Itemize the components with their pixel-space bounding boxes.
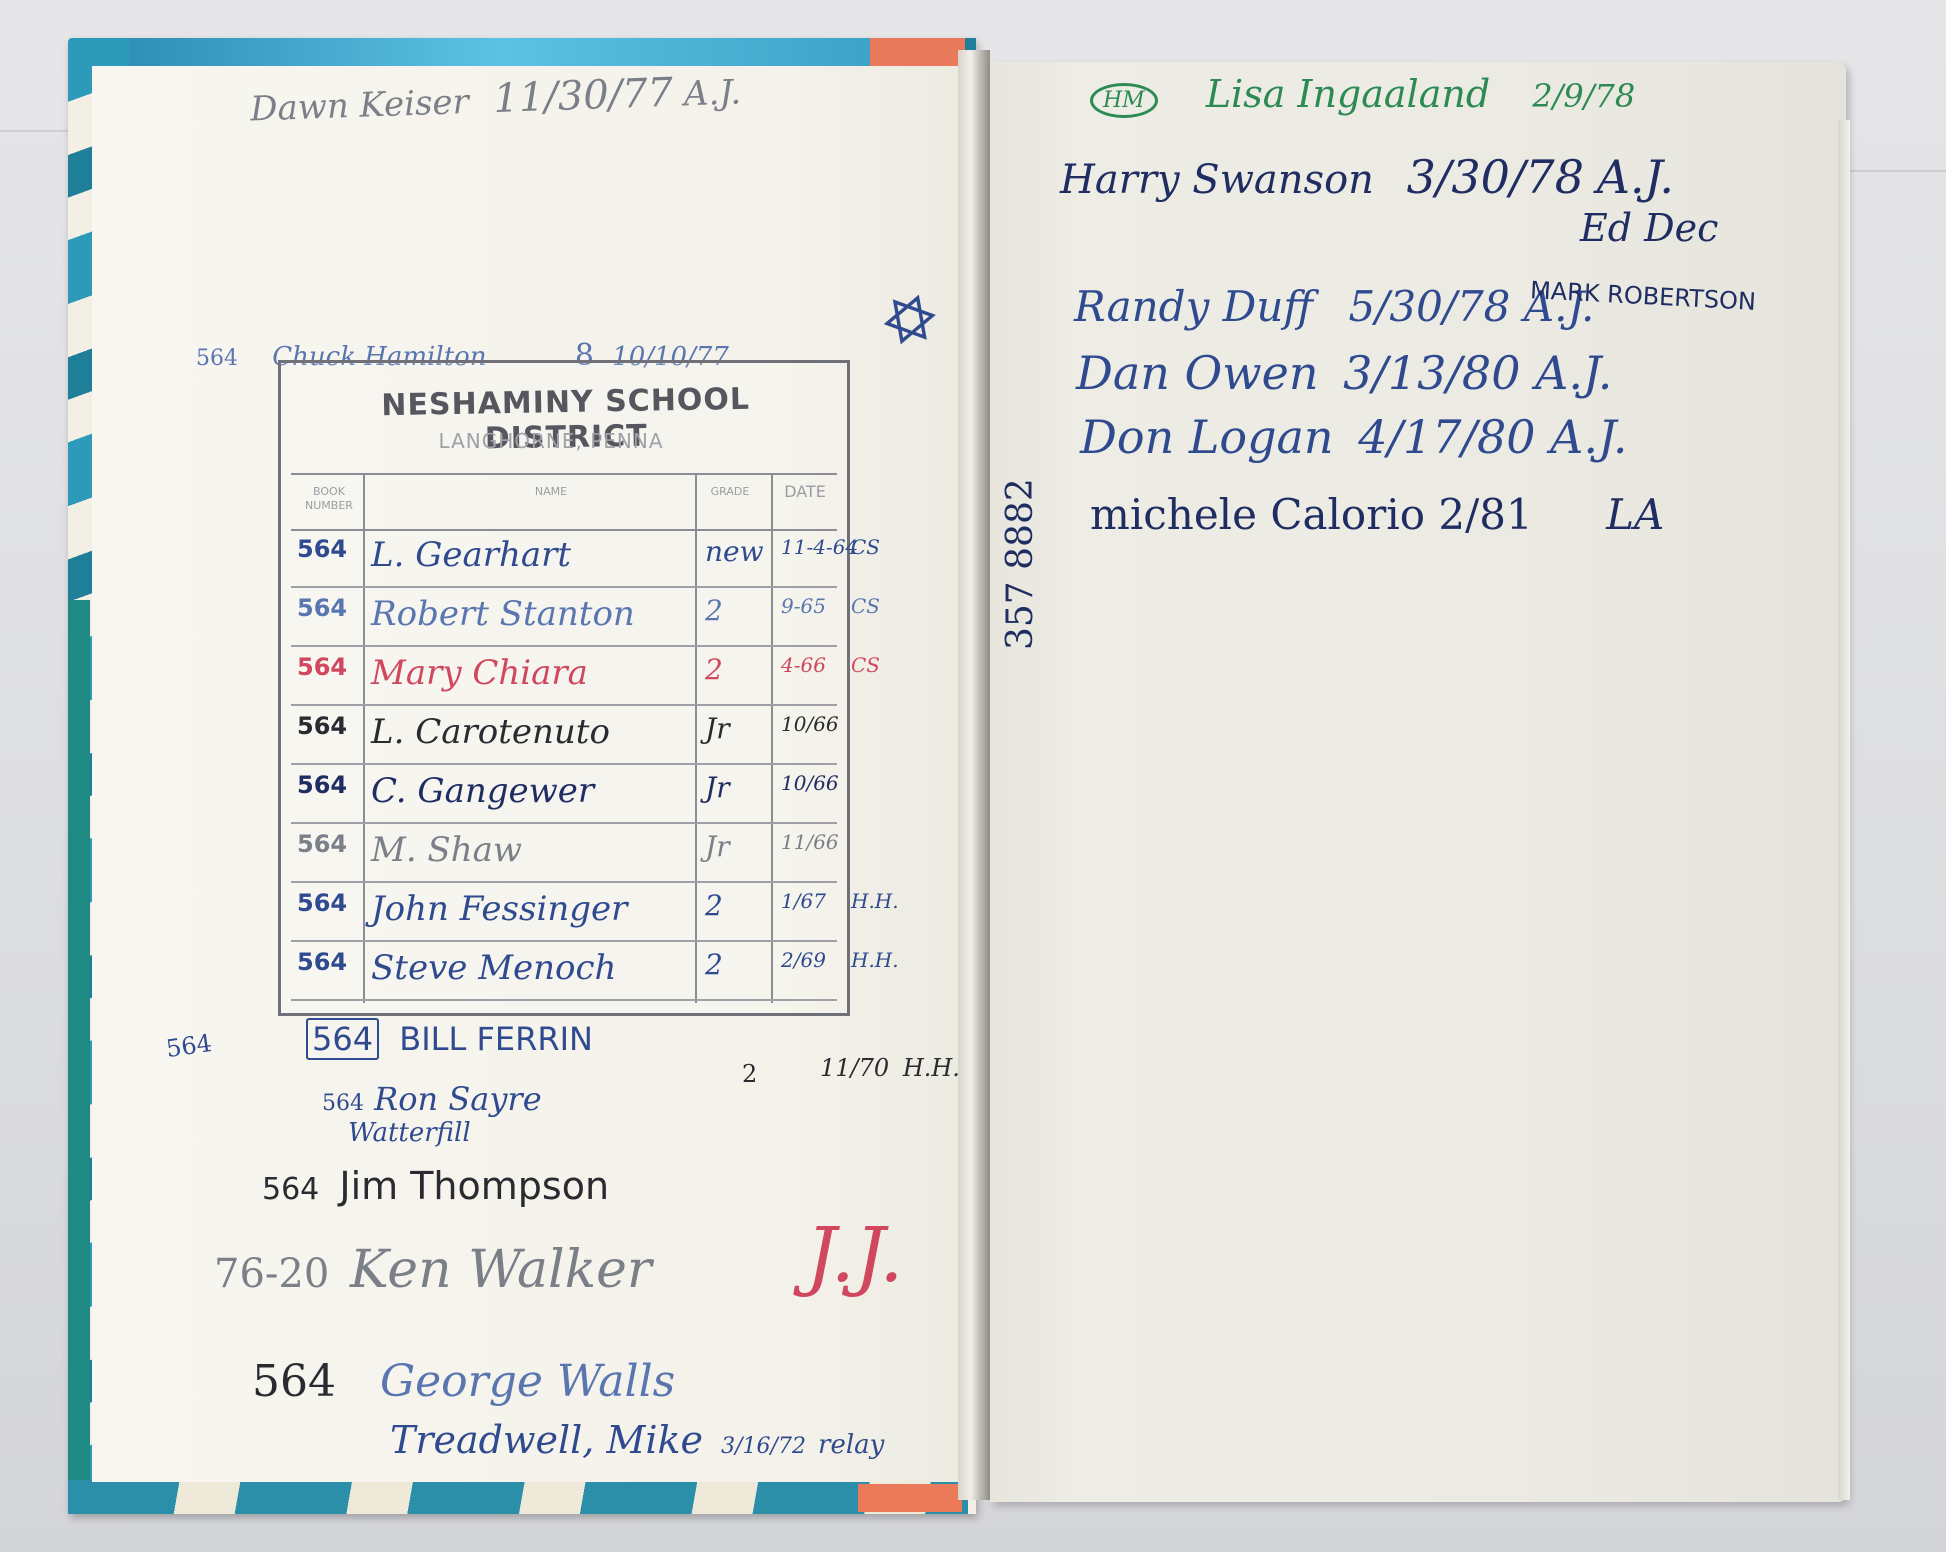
entry-initials: A.J.	[1550, 410, 1627, 464]
entry-note: relay	[818, 1430, 884, 1460]
librarian-initials: CS	[851, 535, 880, 559]
entry-name: Ken Walker	[350, 1240, 652, 1300]
below-card-entry: 564 Ron Sayre	[322, 1080, 542, 1118]
borrower-name: Steve Menoch	[371, 948, 616, 988]
checkout-date: 2/69	[781, 948, 826, 972]
entry-name: Lisa Ingaaland	[1206, 72, 1490, 116]
book-number: 564	[322, 1091, 364, 1116]
entry-initials: H.H.	[903, 1054, 960, 1082]
table-row: 564L. CarotenutoJr10/66	[291, 706, 837, 765]
phone-number: 357 8882	[1000, 478, 1041, 650]
below-card-date: 11/70 H.H.	[820, 1054, 960, 1082]
entry-initials: A.J.	[1535, 346, 1612, 400]
librarian-initials: H.H.	[851, 948, 899, 972]
borrower-name: Mary Chiara	[371, 653, 588, 693]
table-row: 564Steve Menoch22/69H.H.	[291, 942, 837, 1001]
cover-bottom-edge	[68, 1480, 968, 1514]
book-number: 564	[297, 771, 347, 799]
fabric-seam	[1850, 170, 1946, 172]
table-row: 564L. Gearhartnew11-4-64CS	[291, 529, 837, 588]
entry-name: BILL FERRIN	[399, 1020, 593, 1058]
flyleaf-entry: michele Calorio 2/81 LA	[1090, 490, 1664, 539]
grade: 2	[705, 889, 723, 922]
book-number: 76-20	[214, 1251, 329, 1297]
checkout-date: 11/66	[781, 830, 839, 854]
checkout-date: 11-4-64	[781, 535, 858, 559]
entry-initials: J.J.	[806, 1210, 903, 1299]
borrower-name: C. Gangewer	[371, 771, 594, 811]
entry-date: 3/13/80	[1343, 346, 1520, 400]
entry-name: Dan Owen	[1076, 346, 1319, 400]
grade: 2	[705, 594, 723, 627]
librarian-initials: CS	[851, 653, 880, 677]
below-card-entry: 564 Jim Thompson	[262, 1164, 609, 1208]
book-number: 564	[252, 1356, 336, 1407]
entry-note: Watterfill	[348, 1118, 471, 1148]
entry-date: 2/9/78	[1532, 77, 1635, 115]
flyleaf-entry: HM Lisa Ingaaland 2/9/78	[1090, 72, 1635, 116]
borrower-name: Robert Stanton	[371, 594, 635, 634]
header-book-number: BOOK NUMBER	[297, 485, 361, 513]
entry-name: George Walls	[380, 1356, 675, 1407]
card-table: BOOK NUMBER NAME GRADE DATE 564L. Gearha…	[291, 473, 837, 1003]
borrower-name: M. Shaw	[371, 830, 522, 870]
page-edge	[1838, 120, 1850, 1500]
below-card-entry: Treadwell, Mike 3/16/72 relay	[390, 1418, 884, 1462]
entry-name: Ron Sayre	[374, 1080, 541, 1118]
cover-top-edge	[130, 38, 870, 68]
book-number: 564	[297, 889, 347, 917]
table-row: 564Robert Stanton29-65CS	[291, 588, 837, 647]
book-number: 564	[297, 830, 347, 858]
row-divider	[291, 999, 837, 1001]
grade: Jr	[705, 712, 730, 745]
cover-side-edge	[68, 600, 90, 1480]
book-number: 564	[297, 653, 347, 681]
entry-date: 11/70	[820, 1054, 889, 1082]
entry-initials: LA	[1606, 490, 1664, 539]
borrower-name: L. Carotenuto	[371, 712, 610, 752]
checkout-date: 1/67	[781, 889, 826, 913]
entry-date: 11/30/77	[493, 70, 674, 122]
below-card-grade: 2	[742, 1060, 757, 1088]
below-card-entry: 564 George Walls	[252, 1356, 675, 1407]
below-card-entry: 76-20 Ken Walker	[214, 1240, 652, 1300]
book-number: 564	[262, 1172, 319, 1207]
grade: Jr	[705, 771, 730, 804]
entry-date: 3/16/72	[721, 1434, 806, 1459]
book-number: 564	[297, 712, 347, 740]
entry-name: Treadwell, Mike	[390, 1418, 703, 1462]
below-card-entry: 564 BILL FERRIN	[306, 1020, 593, 1058]
header-name: NAME	[491, 485, 611, 499]
library-card-stamp: NESHAMINY SCHOOL DISTRICT LANGHORNE, PEN…	[278, 360, 850, 1016]
circle-mark: HM	[1090, 83, 1158, 118]
book-number: 564	[306, 1018, 379, 1060]
grade: Jr	[705, 830, 730, 863]
entry-initials: A.J.	[683, 72, 742, 114]
grade: new	[705, 535, 764, 568]
card-subtitle: LANGHORNE, PENNA	[301, 429, 801, 453]
flyleaf-entry: Don Logan 4/17/80 A.J.	[1080, 410, 1628, 464]
card-header-row: BOOK NUMBER NAME GRADE DATE	[291, 473, 837, 531]
book-number: 564	[297, 535, 347, 563]
cover-bottom-orange-edge	[858, 1484, 962, 1512]
flyleaf-entry: Dan Owen 3/13/80 A.J.	[1076, 346, 1612, 400]
flyleaf-entry: Harry Swanson 3/30/78 A.J.	[1060, 150, 1674, 204]
entry-date: 5/30/78	[1348, 282, 1510, 331]
entry-name: Harry Swanson	[1060, 157, 1374, 203]
header-date: DATE	[775, 485, 835, 499]
table-row: 564Mary Chiara24-66CS	[291, 647, 837, 706]
checkout-date: 9-65	[781, 594, 826, 618]
entry-name: Don Logan	[1080, 410, 1334, 464]
flyleaf-page	[990, 62, 1846, 1502]
librarian-initials: CS	[851, 594, 880, 618]
grade: 2	[705, 653, 723, 686]
table-row: 564John Fessinger21/67H.H.	[291, 883, 837, 942]
entry-initials: A.J.	[1597, 150, 1674, 204]
entry-date: 3/30/78	[1407, 150, 1584, 204]
entry-name: Randy Duff	[1074, 282, 1313, 331]
checkout-date: 4-66	[781, 653, 826, 677]
table-row: 564C. GangewerJr10/66	[291, 765, 837, 824]
grade: 2	[705, 948, 723, 981]
checkout-date: 10/66	[781, 712, 839, 736]
book-number: 564	[297, 948, 347, 976]
flyleaf-entry: Randy Duff 5/30/78 A.J.	[1074, 282, 1594, 331]
entry-date: 2/81	[1438, 490, 1532, 539]
book-gutter	[958, 50, 990, 1500]
header-grade: GRADE	[695, 485, 765, 499]
book-number: 564	[196, 346, 238, 371]
table-row: 564M. ShawJr11/66	[291, 824, 837, 883]
entry-date: 4/17/80	[1358, 410, 1535, 464]
flyleaf-entry: Ed Dec	[1580, 206, 1718, 250]
checkout-date: 10/66	[781, 771, 839, 795]
cover-top-orange-edge	[870, 38, 965, 68]
entry-name: Dawn Keiser	[250, 82, 470, 130]
borrower-name: L. Gearhart	[371, 535, 571, 575]
borrower-name: John Fessinger	[371, 889, 627, 929]
entry-name: Jim Thompson	[339, 1164, 609, 1208]
book-number: 564	[297, 594, 347, 622]
librarian-initials: H.H.	[851, 889, 899, 913]
entry-name: michele Calorio	[1090, 490, 1425, 539]
